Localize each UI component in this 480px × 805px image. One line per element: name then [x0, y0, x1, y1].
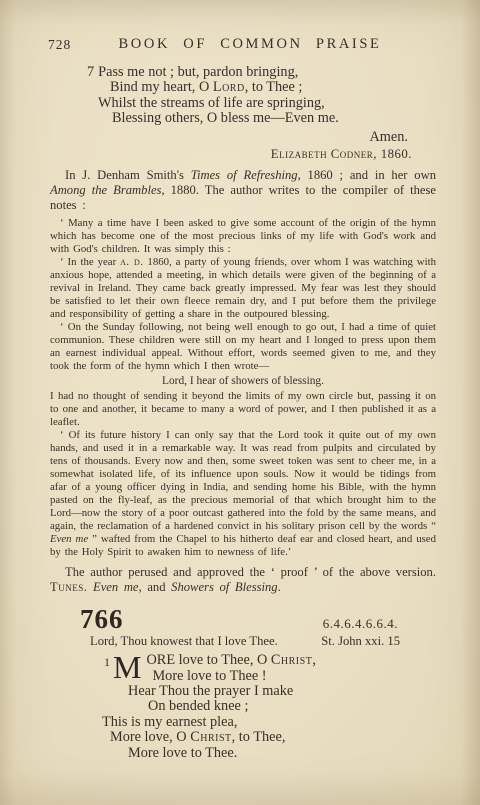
text-segment: More love, O [110, 729, 190, 745]
verse-line: This is my earnest plea, [102, 715, 436, 730]
text-segment: ” wafted from the Chapel to his hitherto… [50, 533, 436, 558]
hymn-766-verse-1: 1 M ORE love to Thee, O Christ, More lov… [100, 653, 436, 761]
verse-line: Hear Thou the prayer I make [128, 684, 436, 699]
verse-line: More love to Thee ! [146, 669, 315, 684]
quote-paragraph-1: ‘ Many a time have I been asked to give … [50, 217, 436, 256]
quote-paragraph-4: I had no thought of sending it beyond th… [50, 390, 436, 429]
book-title-italic: Times of Refreshing [191, 168, 298, 182]
even-me-italic: Even me [50, 533, 88, 545]
verse-line-text: Pass me not ; but, pardon bringing, [98, 64, 298, 80]
verse-line: More love, O Christ, to Thee, [110, 730, 436, 745]
quote-paragraph-2: ‘ In the year a. d. 1860, a party of you… [50, 256, 436, 321]
text-segment: , 1860 ; and in her own [298, 168, 436, 182]
hymn-number: 766 [80, 606, 124, 632]
verse-line: On bended knee ; [148, 699, 436, 714]
tune-name-italic: Even me [93, 580, 139, 594]
author-account-quote: ‘ Many a time have I been asked to give … [50, 217, 436, 559]
small-caps-tunes: Tunes. [50, 580, 87, 594]
hymn-766-heading: 766 6.4.6.4.6.6.4. [50, 606, 436, 632]
small-caps-ad: a. d. [120, 256, 143, 268]
hymn-765-verse-7: 7Pass me not ; but, pardon bringing, Bin… [50, 65, 436, 126]
hymn-766-subtitle-row: Lord, Thou knowest that I love Thee. St.… [90, 634, 400, 649]
verse-line: More love to Thee. [128, 746, 436, 761]
tune-name-italic: Showers of Blessing [171, 580, 277, 594]
text-segment: In J. Denham Smith's [65, 168, 191, 182]
notes-paragraph-1: In J. Denham Smith's Times of Refreshing… [50, 168, 436, 213]
verse-line-text: Bind my heart, O [110, 79, 213, 95]
scripture-reference: St. John xxi. 15 [321, 634, 400, 649]
quote-paragraph-3: ‘ On the Sunday following, not being wel… [50, 321, 436, 373]
quoted-hymn-line: Lord, I hear of showers of blessing. [50, 375, 436, 387]
verse-number: 1 [100, 653, 110, 670]
author-attribution: Elizabeth Codner, 1860. [50, 147, 412, 162]
text-segment: , [312, 652, 316, 668]
text-segment: , and [139, 580, 172, 594]
verse-line: Bind my heart, O Lord, to Thee ; [110, 80, 436, 95]
verse-number: 7 [87, 64, 94, 80]
verse-line: Whilst the streams of life are springing… [98, 96, 436, 111]
notes-paragraph-2: The author perused and approved the ‘ pr… [50, 565, 436, 595]
text-segment: ‘ Of its future history I can only say t… [50, 429, 436, 532]
running-header: 728 BOOK OF COMMON PRAISE [50, 36, 436, 53]
verse-opening: 1 M ORE love to Thee, O Christ, More lov… [100, 653, 436, 684]
text-segment: The author perused and approved the ‘ pr… [65, 565, 436, 579]
small-caps-christ: Christ [190, 729, 231, 745]
book-title: BOOK OF COMMON PRAISE [50, 36, 436, 53]
page-number: 728 [48, 37, 71, 53]
book-page: 728 BOOK OF COMMON PRAISE 7Pass me not ;… [0, 0, 480, 805]
text-segment: . [278, 580, 281, 594]
page-content: 728 BOOK OF COMMON PRAISE 7Pass me not ;… [0, 0, 480, 761]
drop-cap: M [113, 653, 141, 681]
quote-paragraph-5: ‘ Of its future history I can only say t… [50, 429, 436, 559]
small-caps-lord: Lord [213, 79, 245, 95]
book-title-italic: Among the Brambles [50, 183, 161, 197]
first-two-lines: ORE love to Thee, O Christ, More love to… [146, 653, 315, 684]
small-caps-christ: Christ [271, 652, 312, 668]
amen-line: Amen. [50, 129, 408, 146]
hymn-meter: 6.4.6.4.6.6.4. [323, 616, 398, 632]
text-segment: ‘ In the year [60, 256, 120, 268]
hymn-first-line: Lord, Thou knowest that I love Thee. [90, 634, 278, 649]
verse-line-text: , to Thee ; [245, 79, 303, 95]
verse-line: Blessing others, O bless me—Even me. [112, 111, 436, 126]
text-segment: , to Thee, [232, 729, 286, 745]
text-segment: ORE love to Thee, O [146, 652, 270, 668]
verse-line: ORE love to Thee, O Christ, [146, 653, 315, 668]
verse-line: 7Pass me not ; but, pardon bringing, [87, 65, 436, 80]
